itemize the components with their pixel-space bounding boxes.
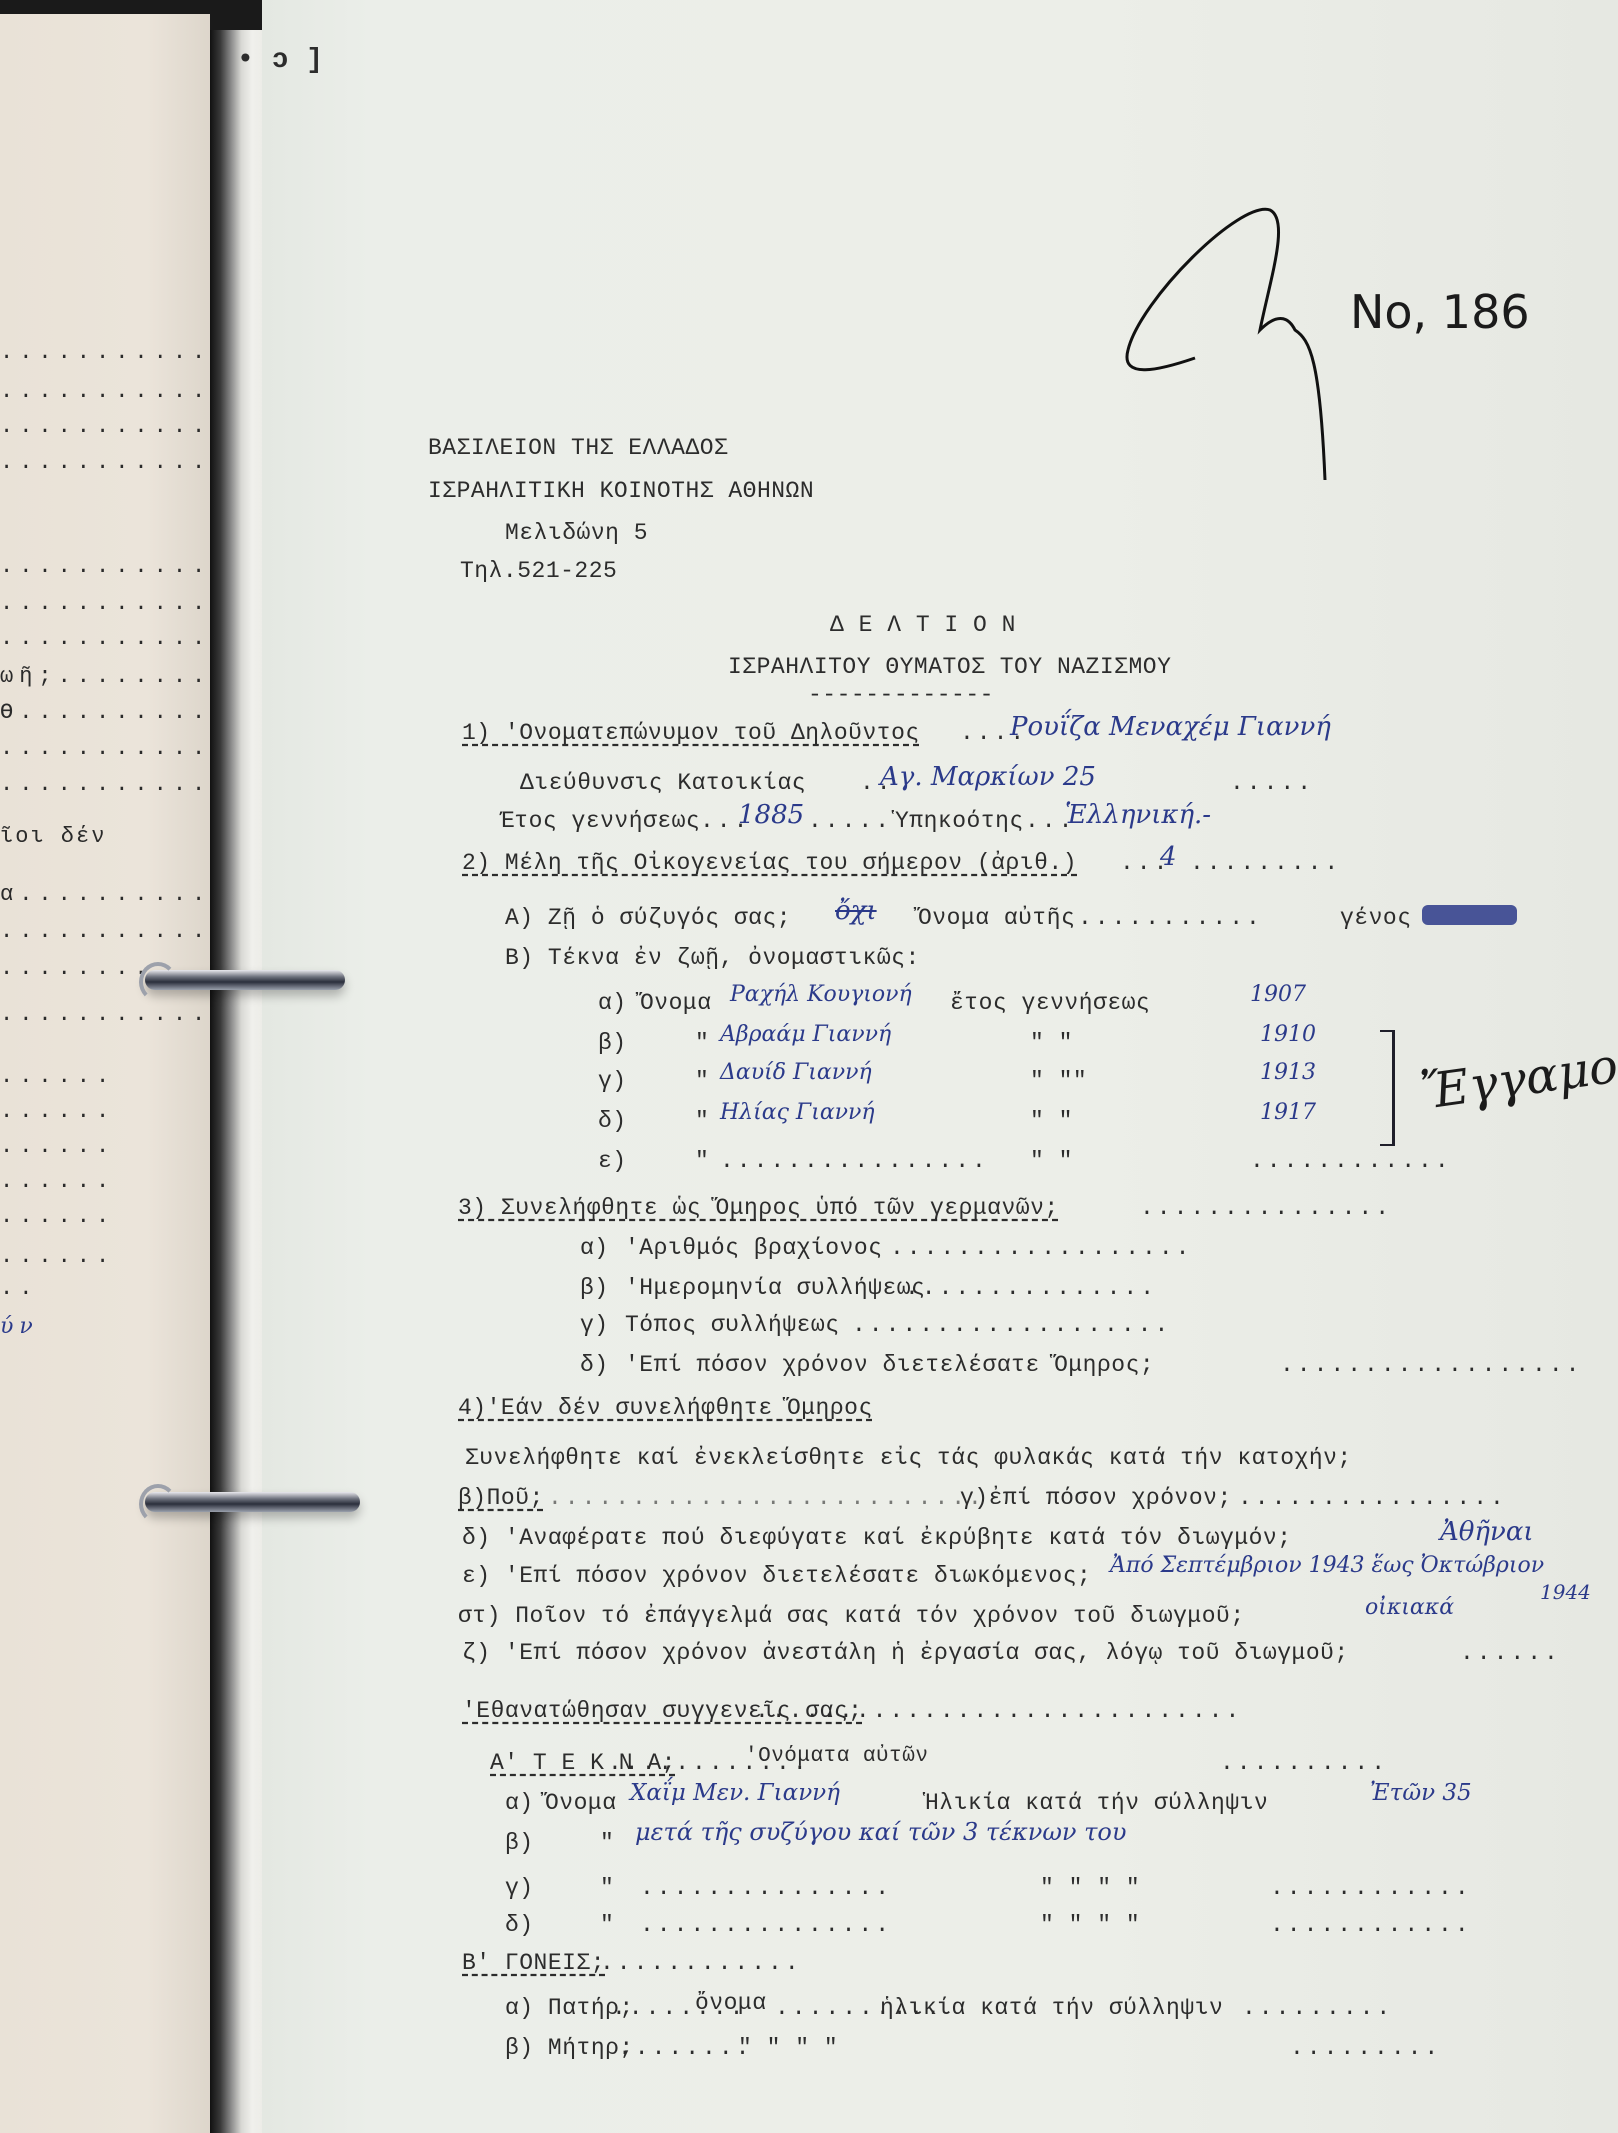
victim-prefix: " [600,1830,614,1856]
child-prefix: Ὄνομα [640,990,712,1016]
family-members-label: 2) Μέλη τῆς Οἰκογενείας του σήμερον (ἀρι… [462,850,1077,876]
victim-age-label: " " " " [1040,1912,1140,1938]
child-year[interactable]: 1917 [1260,1100,1316,1125]
family-members-value[interactable]: 4 [1160,842,1177,872]
victim-age[interactable]: Ἐτῶν 35 [1370,1780,1472,1806]
father-name-label: ὄνομα [695,1990,767,2016]
address-value[interactable]: Αγ. Μαρκίων 25 [880,762,1096,792]
child-letter: β) [598,1030,627,1056]
form-document: • ɔ ] No, 186 ΒΑΣΙΛΕΙΟΝ ΤΗΣ ΕΛΛΑΔΟΣ ΙΣΡΑ… [0,0,1618,2133]
declarant-name-value[interactable]: Ρουΐζα Μεναχέμ Γιαννή [1010,712,1331,742]
victim-letter: β) [505,1830,534,1856]
persecuted-value-year[interactable]: 1944 [1540,1580,1591,1604]
file-number: No, 186 [1350,285,1530,339]
hostage-question: 3) Συνελήφθητε ὡς Ὅμηρος ὑπό τῶν γερμανῶ… [458,1195,1059,1221]
child-letter: δ) [598,1108,627,1134]
hiding-label: δ) 'Αναφέρατε πού διεφύγατε καί ἐκρύβητε… [462,1525,1292,1551]
citizenship-label: Ὑπηκοότης [895,808,1024,834]
victim-prefix: Ὄνομα [545,1790,617,1816]
margin-marks: • ɔ ] [237,45,324,76]
form-subtitle: ΙΣΡΑΗΛΙΤΟΥ ΘΥΜΑΤΟΣ ΤΟΥ ΝΑΖΙΣΜΟΥ [728,654,1171,680]
persecuted-label: ε) 'Επί πόσον χρόνον διετελέσατε διωκόμε… [462,1563,1091,1589]
mother-ditto: " " " " [738,2035,838,2061]
child-year-label: ἔτος γεννήσεως [950,990,1150,1016]
mother-label: β) Μήτηρ; [505,2035,634,2061]
victim-note[interactable]: μετά τῆς συζύγου καί τῶν 3 τέκνων του [635,1818,1126,1846]
child-letter: ε) [598,1148,627,1174]
married-note: Ἔγγαμοι [1417,1035,1618,1121]
form-title: Δ Ε Λ Τ Ι Ο Ν [830,612,1016,638]
imprisoned-question: Συνελήφθητε καί ἐνεκλείσθητε εἰς τάς φυλ… [465,1445,1352,1471]
child-year[interactable]: 1910 [1260,1022,1316,1047]
child-name[interactable]: Δαυίδ Γιαννή [720,1060,872,1085]
header-phone: Τηλ.521-225 [460,558,617,584]
header-kingdom: ΒΑΣΙΛΕΙΟΝ ΤΗΣ ΕΛΛΑΔΟΣ [428,435,728,461]
child-year-label: " " [1030,1030,1073,1056]
victim-name[interactable]: Χαΐμ Μεν. Γιαννή [630,1780,840,1806]
birth-year-label: Έτος γεννήσεως [500,808,700,834]
child-year-label: " "" [1030,1068,1087,1094]
child-name[interactable]: Ηλίας Γιαννή [720,1100,875,1125]
profession-label: στ) Ποῖον τό ἐπάγγελμά σας κατά τόν χρόν… [458,1603,1245,1629]
persecuted-value[interactable]: Ἀπό Σεπτέμβριον 1943 ἕως Ὀκτώβριον [1110,1553,1544,1578]
signature-icon [1120,200,1360,500]
names-label: 'Ονόματα αὐτῶν [745,1745,928,1768]
hostage-item-letter: δ) [580,1352,609,1378]
arm-number-label: 'Αριθμός βραχίονος [625,1235,882,1261]
arrest-date-label: 'Ημερομηνία συλλήψεως [625,1275,925,1301]
child-prefix: " [695,1108,709,1134]
victim-age-label: Ἡλικία κατά τήν σύλληψιν [925,1790,1268,1816]
victim-prefix: " [600,1875,614,1901]
child-prefix: " [695,1030,709,1056]
how-long-label: γ)ἐπί πόσον χρόνον; [960,1485,1232,1511]
child-year[interactable]: 1913 [1260,1060,1316,1085]
child-prefix: " [695,1148,709,1174]
spouse-genos-label: γένος [1340,905,1412,931]
victim-letter: γ) [505,1875,534,1901]
hostage-duration-label: 'Επί πόσον χρόνον διετελέσατε Ὅμηρος; [625,1352,1154,1378]
not-hostage-heading: 4)'Εάν δέν συνελήφθητε Ὅμηρος [458,1395,873,1421]
hostage-item-letter: γ) [580,1312,609,1338]
header-community: ΙΣΡΑΗΛΙΤΙΚΗ ΚΟΙΝΟΤΗΣ ΑΘΗΝΩΝ [428,478,814,504]
child-name[interactable]: Ραχήλ Κουγιονή [730,982,912,1007]
hostage-item-letter: β) [580,1275,609,1301]
child-letter: γ) [598,1068,627,1094]
victim-letter: δ) [505,1912,534,1938]
spouse-label: Α) Ζῇ ὁ σύζυγός σας; [505,905,791,931]
child-year-label: " " [1030,1148,1073,1174]
spouse-value[interactable]: ὄχι [835,896,877,926]
title-rule: ------------- [808,682,994,708]
hostage-item-letter: α) [580,1235,609,1261]
victim-prefix: " [600,1912,614,1938]
arrest-place-label: Τόπος συλλήψεως [625,1312,840,1338]
profession-value[interactable]: οἰκιακά [1365,1595,1454,1620]
victim-age-label: " " " " [1040,1875,1140,1901]
citizenship-value[interactable]: Ἑλληνική.- [1065,800,1211,830]
parents-heading: Β' ΓΟΝΕΙΣ; [462,1950,605,1976]
victim-letter: α) [505,1790,534,1816]
child-year-label: " " [1030,1108,1073,1134]
crossed-out-text [1422,905,1517,925]
declarant-name-label: 1) 'Ονοματεπώνυμον τοῦ Δηλοῦντος [462,720,920,746]
married-bracket [1380,1030,1395,1146]
work-suspended-label: ζ) 'Επί πόσον χρόνον ἀνεστάλη ἡ ἐργασία … [462,1640,1349,1666]
child-prefix: " [695,1068,709,1094]
spouse-name-label: Ὄνομα αὐτῆς [918,905,1075,931]
children-label: Β) Τέκνα ἐν ζωῇ, ὀνομαστικῶς: [505,945,920,971]
birth-year-value[interactable]: 1885 [738,800,804,830]
header-address: Μελιδώνη 5 [505,520,648,546]
child-year[interactable]: 1907 [1250,982,1306,1007]
child-name[interactable]: Αβραάμ Γιαννή [720,1022,891,1047]
father-age-label: ἡλικία κατά τήν σύλληψιν [880,1995,1223,2021]
child-letter: α) [598,990,627,1016]
where-label: β)Ποῦ; [458,1485,544,1511]
address-label: Διεύθυνσις Κατοικίας [520,770,806,796]
hiding-value[interactable]: Ἀθῆναι [1440,1517,1534,1547]
